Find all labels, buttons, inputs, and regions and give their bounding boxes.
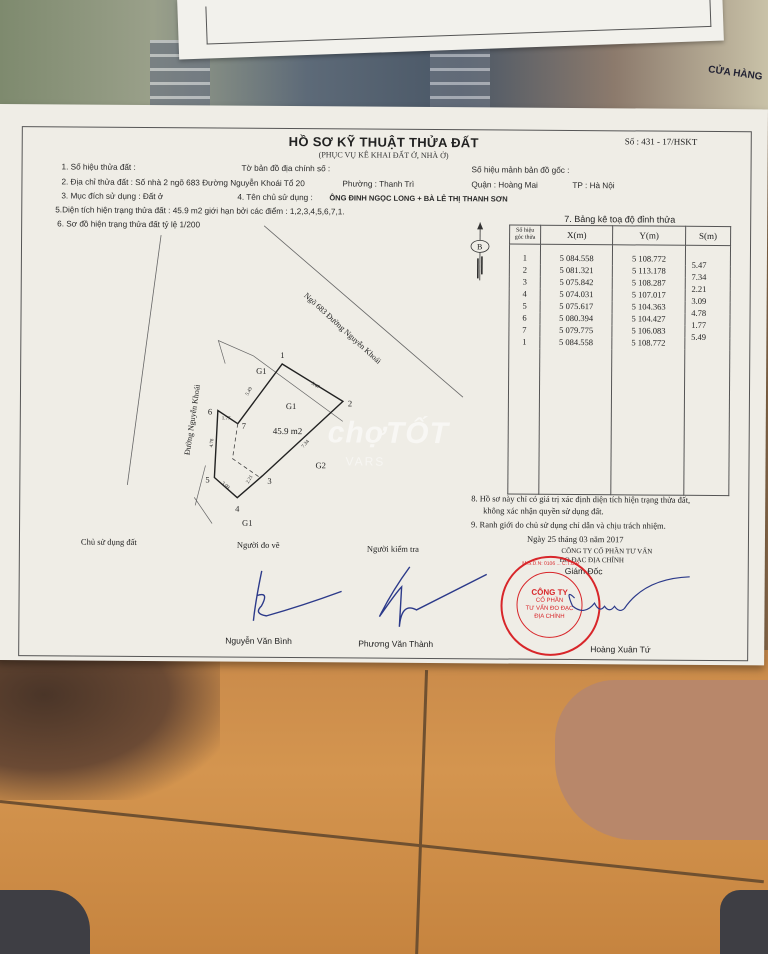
chotot-watermark: chợTỐT <box>328 416 449 451</box>
north-arrow-icon: B <box>467 222 493 282</box>
svg-text:2: 2 <box>348 398 352 408</box>
svg-text:1.77: 1.77 <box>222 417 231 422</box>
header-point: Số hiệu góc thửa <box>510 225 541 244</box>
svg-text:4.78: 4.78 <box>210 438 216 448</box>
cell-x: 5 079.775 <box>540 325 612 338</box>
cell-id: 5 <box>509 301 540 313</box>
land-technical-record: HỒ SƠ KỸ THUẬT THỬA ĐẤT (PHỤC VỤ KÊ KHAI… <box>0 104 768 665</box>
checker-signature-label: Người kiểm tra <box>367 544 419 554</box>
field-purpose: 3. Mục đích sử dụng : Đất ở <box>61 191 163 201</box>
svg-text:G2: G2 <box>315 460 325 470</box>
field-address: 2. Địa chỉ thửa đất : Số nhà 2 ngõ 683 Đ… <box>61 177 304 188</box>
cell-id: 2 <box>509 265 540 277</box>
cell-x: 5 075.842 <box>540 277 612 290</box>
field-owner-label: 4. Tên chủ sử dụng : <box>237 193 312 203</box>
issue-date: Ngày 25 tháng 03 năm 2017 <box>527 534 624 545</box>
parcel-sketch: Ngõ 683 Đường Nguyễn Khoái Đường Nguyễn … <box>117 215 479 538</box>
cell-id: 1 <box>509 337 540 349</box>
field-city: TP : Hà Nội <box>572 181 614 190</box>
stamp-ring-text: M.S.D.N: 0106 ... C.T.C.P <box>503 561 599 568</box>
svg-text:B: B <box>477 242 482 251</box>
cell-x: 5 081.321 <box>540 265 612 278</box>
background-floor <box>0 650 768 954</box>
header-x: X(m) <box>541 225 614 245</box>
cell-y: 5 104.363 <box>612 301 684 314</box>
svg-text:5: 5 <box>205 474 209 484</box>
checker-name: Phương Văn Thành <box>358 639 433 650</box>
director-signature <box>544 568 694 629</box>
cell-y: 5 108.772 <box>613 245 686 266</box>
coordinate-table-title: 7. Bảng kê toạ độ đỉnh thửa <box>564 214 675 225</box>
svg-text:7: 7 <box>242 421 246 431</box>
cell-x: 5 084.558 <box>540 337 612 350</box>
header-y: Y(m) <box>613 226 686 246</box>
svg-text:G1: G1 <box>286 401 296 411</box>
svg-text:45.9 m2: 45.9 m2 <box>273 426 303 436</box>
cell-x: 5 084.558 <box>540 244 613 265</box>
field-district: Quận : Hoàng Mai <box>471 180 538 189</box>
field-parcel-no: 1. Số hiệu thửa đất : <box>62 162 136 172</box>
cell-s: 4.78 <box>685 308 730 320</box>
cell-id: 3 <box>509 277 540 289</box>
svg-text:7.34: 7.34 <box>301 439 311 449</box>
field-original-sheet: Số hiệu mảnh bản đồ gốc : <box>472 165 570 175</box>
cell-x: 5 075.617 <box>540 301 612 314</box>
foot <box>555 680 768 840</box>
company-line-1: CÔNG TY CỔ PHẦN TƯ VẤN <box>537 547 677 556</box>
note-8-line-1: 8. Hồ sơ này chỉ có giá trị xác định diệ… <box>471 493 690 505</box>
cell-y: 5 106.083 <box>612 325 684 338</box>
cell-id: 6 <box>509 313 540 325</box>
cell-id: 7 <box>509 325 540 337</box>
cell-y: 5 108.287 <box>613 277 685 290</box>
checker-signature <box>371 562 491 633</box>
svg-text:4: 4 <box>235 504 240 514</box>
svg-text:6: 6 <box>208 406 212 416</box>
cell-s: 5.49 <box>685 332 730 344</box>
table-row: 15 084.5585 108.7725.47 <box>509 244 730 266</box>
cell-y: 5 107.017 <box>613 289 685 302</box>
cell-s: 3.09 <box>685 296 730 308</box>
field-map-sheet: Tờ bản đồ địa chính số : <box>242 164 331 174</box>
field-owner-value: ÔNG ĐINH NGỌC LONG + BÀ LÊ THỊ THANH SƠN <box>329 193 507 203</box>
cell-s: 5.47 <box>685 251 730 272</box>
cell-s <box>685 344 730 356</box>
document-number: Số : 431 - 17/HSKT <box>625 136 698 147</box>
svg-text:5.47: 5.47 <box>310 382 320 391</box>
cell-s: 2.21 <box>685 284 730 296</box>
cell-s: 1.77 <box>685 320 730 332</box>
surveyor-signature <box>241 566 351 627</box>
svg-text:1: 1 <box>280 350 284 360</box>
cell-x: 5 074.031 <box>540 289 612 302</box>
background-decor <box>430 40 490 110</box>
svg-text:G1: G1 <box>256 366 266 376</box>
header-s: S(m) <box>685 226 730 245</box>
cell-y: 5 104.427 <box>612 313 684 326</box>
vars-watermark: VARS <box>345 454 385 468</box>
director-name: Hoàng Xuân Tứ <box>590 644 650 654</box>
svg-text:3: 3 <box>267 476 271 486</box>
cell-y: 5 108.772 <box>612 337 684 350</box>
note-9: 9. Ranh giới do chủ sử dụng chỉ dẫn và c… <box>471 519 666 530</box>
cell-x: 5 080.394 <box>540 313 612 326</box>
svg-text:5.49: 5.49 <box>245 386 254 397</box>
cell-id: 4 <box>509 289 540 301</box>
cell-y: 5 113.178 <box>613 265 685 278</box>
svg-text:Đường Nguyễn Khoái: Đường Nguyễn Khoái <box>183 383 202 456</box>
owner-signature-label: Chủ sử dụng đất <box>81 537 137 547</box>
note-8-line-2: không xác nhận quyền sử dụng đất. <box>483 505 604 516</box>
surveyor-signature-label: Người đo vẽ <box>237 540 280 550</box>
cell-s: 7.34 <box>685 272 730 284</box>
coordinate-table: Số hiệu góc thửa X(m) Y(m) S(m) 15 084.5… <box>507 225 731 497</box>
svg-text:Ngõ 683 Đường Nguyễn Khoái: Ngõ 683 Đường Nguyễn Khoái <box>302 291 383 366</box>
cell-id: 1 <box>509 244 540 265</box>
field-ward: Phường : Thanh Trì <box>342 179 414 189</box>
svg-text:G1: G1 <box>242 518 252 528</box>
surveyor-name: Nguyễn Văn Bình <box>225 636 292 646</box>
